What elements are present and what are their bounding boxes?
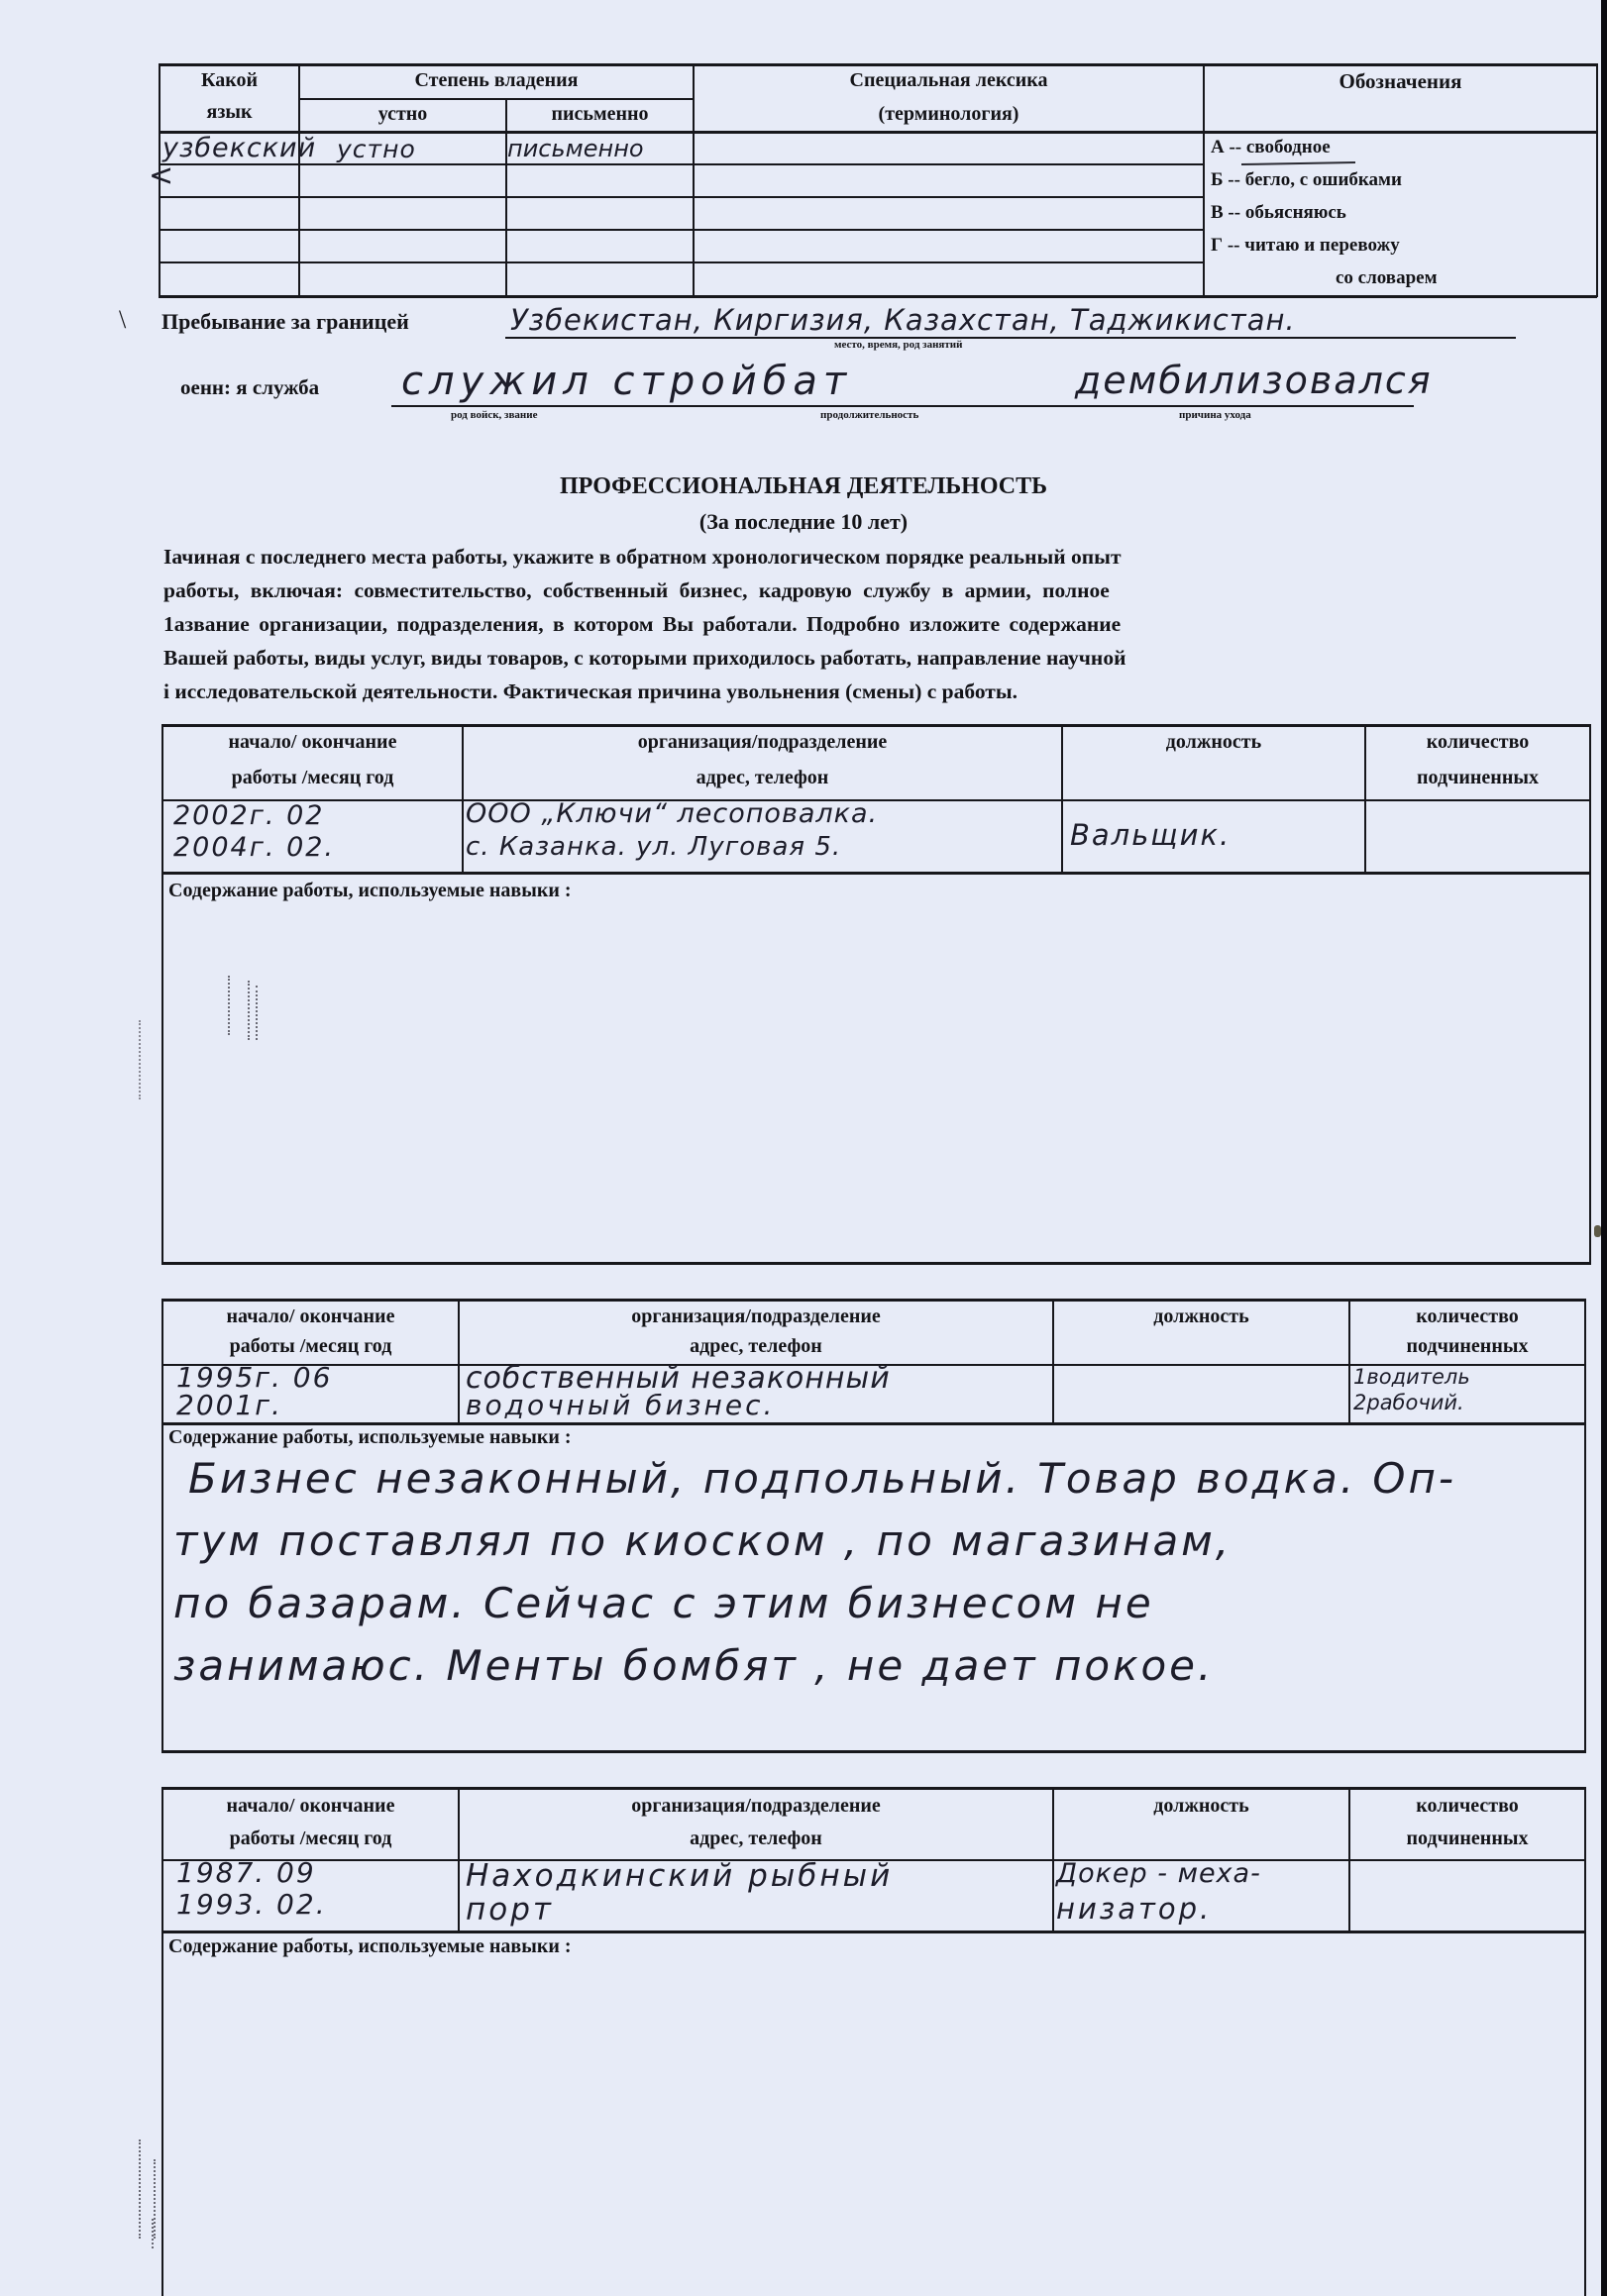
header-legend: Обозначения xyxy=(1205,69,1596,94)
legend-a: А -- свободное xyxy=(1211,137,1331,158)
header-subordinates-line1: количество xyxy=(1350,1795,1584,1818)
margin-mark: < xyxy=(149,158,175,193)
organization-line2: водочный бизнес. xyxy=(466,1389,775,1421)
header-language-line2: язык xyxy=(161,101,298,124)
header-oral: устно xyxy=(300,103,505,126)
header-org-line1: организация/подразделение xyxy=(464,731,1061,754)
period-end: 2001г. xyxy=(176,1389,282,1421)
content-line3: по базарам. Сейчас с этим бизнесом не xyxy=(173,1579,1154,1627)
abroad-hint: место, время, род занятий xyxy=(834,339,962,351)
subordinates-line1: 1водитель xyxy=(1353,1365,1470,1389)
content-label: Содержание работы, используемые навыки : xyxy=(168,1426,572,1449)
instructions-line5: і исследовательской деятельности. Фактич… xyxy=(163,679,1018,704)
content-label: Содержание работы, используемые навыки : xyxy=(168,1935,572,1958)
period-start: 1987. 09 xyxy=(176,1856,316,1889)
period-end: 2004г. 02. xyxy=(173,832,335,863)
content-line1: Бизнес незаконный, подпольный. Товар вод… xyxy=(188,1454,1456,1503)
instructions-line3: 1азвание организации, подразделения, в к… xyxy=(163,612,1121,637)
header-language-line1: Какой xyxy=(161,69,298,92)
header-org-line1: организация/подразделение xyxy=(460,1795,1052,1818)
abroad-label: Пребывание за границей xyxy=(161,309,409,335)
content-label: Содержание работы, используемые навыки : xyxy=(168,880,572,902)
header-period-line1: начало/ окончание xyxy=(163,731,462,754)
scan-artifact xyxy=(152,2219,156,2248)
header-org-line1: организация/подразделение xyxy=(460,1305,1052,1328)
underline-mark xyxy=(1241,161,1355,165)
language-cell: узбекский xyxy=(162,133,316,163)
header-terminology-line1: Специальная лексика xyxy=(695,69,1203,92)
section-title: ПРОФЕССИОНАЛЬНАЯ ДЕЯТЕЛЬНОСТЬ xyxy=(0,473,1607,500)
written-cell: письменно xyxy=(507,135,644,162)
header-position: должность xyxy=(1054,1305,1348,1328)
scan-artifact xyxy=(256,986,260,1040)
position: Вальщик. xyxy=(1070,818,1231,852)
instructions-line4: Вашей работы, виды услуг, виды товаров, … xyxy=(163,646,1125,671)
scan-artifact xyxy=(248,981,252,1040)
header-subordinates-line2: подчиненных xyxy=(1350,1335,1584,1358)
header-subordinates-line1: количество xyxy=(1350,1305,1584,1328)
military-hint-reason: причина ухода xyxy=(1179,409,1251,421)
position-line2: низатор. xyxy=(1056,1892,1212,1926)
header-position: должность xyxy=(1054,1795,1348,1818)
header-terminology-line2: (терминология) xyxy=(695,103,1203,126)
military-label: оенн: я служба xyxy=(180,375,319,400)
header-proficiency: Степень владения xyxy=(300,69,693,92)
header-period-line1: начало/ окончание xyxy=(163,1795,458,1818)
header-period-line1: начало/ окончание xyxy=(163,1305,458,1328)
section-subtitle: (За последние 10 лет) xyxy=(0,509,1607,535)
position-line1: Докер - меха- xyxy=(1056,1858,1261,1889)
content-line2: тум поставлял по киоском , по магазинам, xyxy=(173,1516,1232,1565)
period-end: 1993. 02. xyxy=(176,1888,327,1921)
scan-edge xyxy=(1601,0,1607,2296)
header-subordinates-line1: количество xyxy=(1366,731,1589,754)
oral-cell: устно xyxy=(337,135,416,163)
scan-artifact xyxy=(139,2139,143,2239)
header-position: должность xyxy=(1063,731,1364,754)
header-subordinates-line2: подчиненных xyxy=(1350,1827,1584,1850)
military-reason: дембилизовался xyxy=(1075,359,1433,402)
header-period-line2: работы /месяц год xyxy=(163,767,462,789)
header-org-line2: адрес, телефон xyxy=(464,767,1061,789)
organization-line1: Находкинский рыбный xyxy=(466,1858,893,1894)
content-line4: занимаюс. Менты бомбят , не дает покое. xyxy=(173,1641,1214,1690)
scan-spot xyxy=(1594,1225,1601,1237)
period-start: 2002г. 02 xyxy=(173,800,324,831)
header-period-line2: работы /месяц год xyxy=(163,1827,458,1850)
military-hint-duration: продолжительность xyxy=(820,409,918,421)
scan-artifact xyxy=(228,976,232,1035)
legend-v: В -- обьясняюсь xyxy=(1211,202,1346,224)
military-branch: служил стройбат xyxy=(401,359,852,404)
scan-artifact xyxy=(139,1020,143,1099)
legend-b: Б -- бегло, с ошибками xyxy=(1211,169,1402,191)
header-written: письменно xyxy=(507,103,693,126)
header-org-line2: адрес, телефон xyxy=(460,1335,1052,1358)
organization-line2: с. Казанка. ул. Луговая 5. xyxy=(466,832,841,862)
organization-line2: порт xyxy=(466,1892,554,1928)
organization-line1: ООО „Ключи“ лесоповалка. xyxy=(466,798,878,829)
legend-g: Г -- читаю и перевожу xyxy=(1211,235,1400,257)
header-org-line2: адрес, телефон xyxy=(460,1827,1052,1850)
legend-g-cont: со словарем xyxy=(1336,267,1438,289)
header-subordinates-line2: подчиненных xyxy=(1366,767,1589,789)
header-period-line2: работы /месяц год xyxy=(163,1335,458,1358)
subordinates-line2: 2рабочий. xyxy=(1353,1391,1464,1414)
military-hint-branch: род войск, звание xyxy=(451,409,537,421)
instructions-line2: работы, включая: совместительство, собст… xyxy=(163,578,1110,603)
abroad-value: Узбекистан, Киргизия, Казахстан, Таджики… xyxy=(510,303,1296,337)
left-mark: \ xyxy=(119,305,126,335)
instructions-line1: Іачиная с последнего места работы, укажи… xyxy=(163,545,1122,570)
